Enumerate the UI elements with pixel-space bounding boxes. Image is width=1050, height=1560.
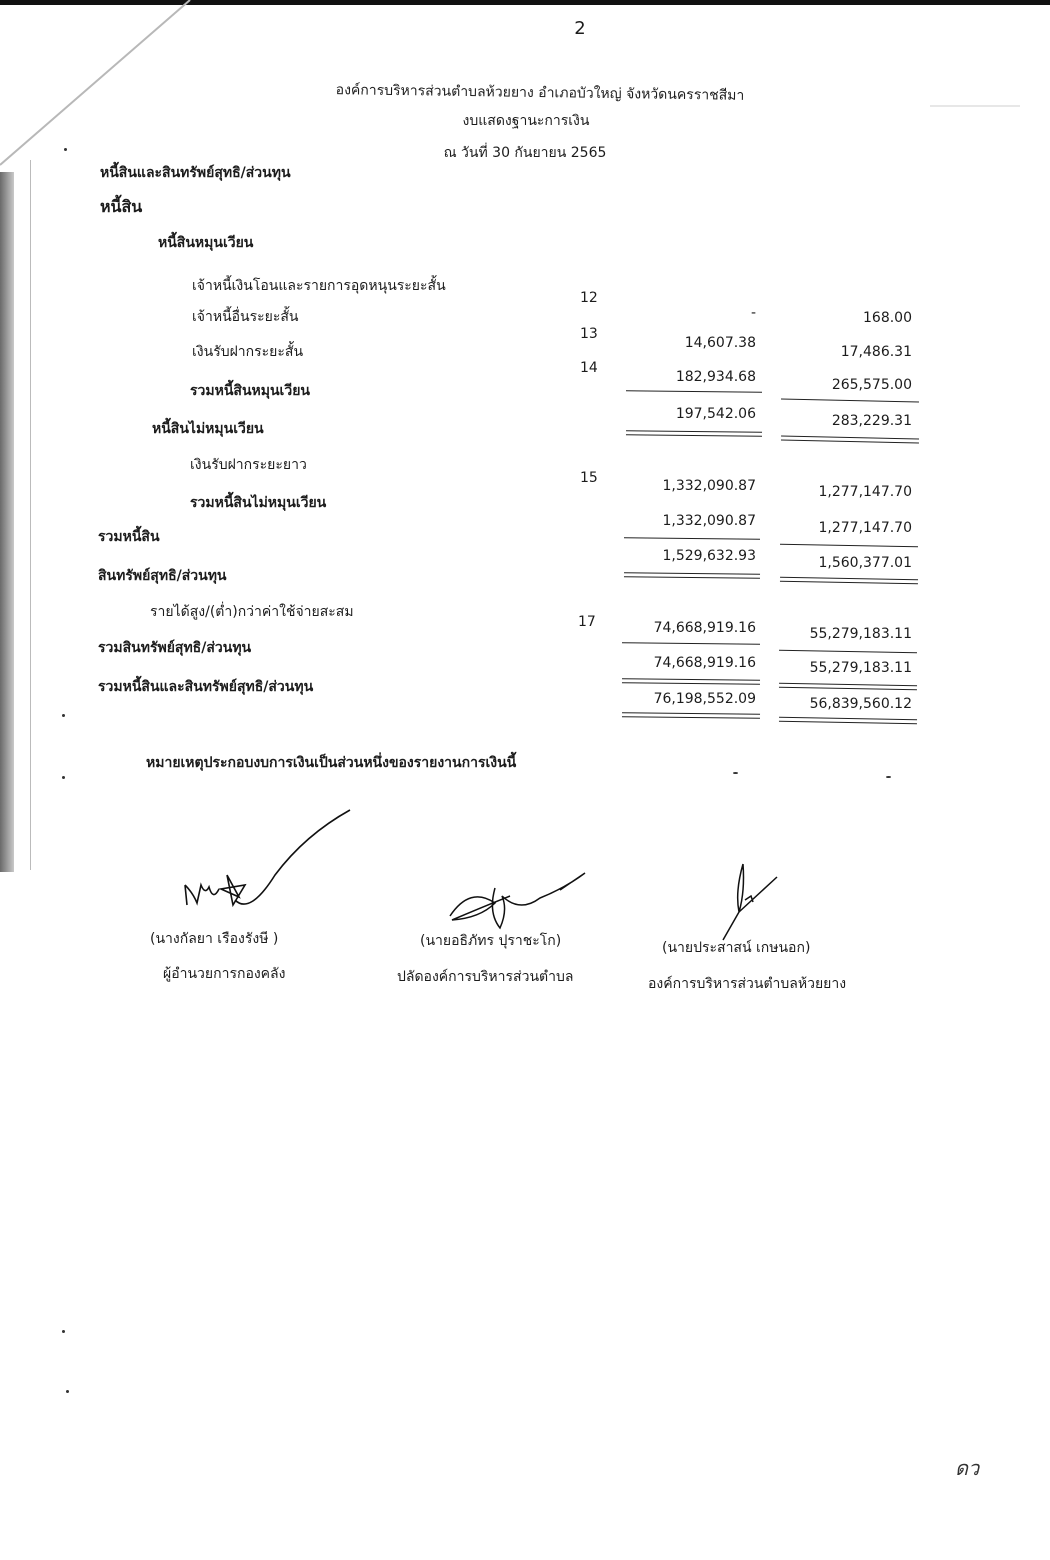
- subtotal-rule: [626, 390, 762, 392]
- handwritten-initials: ดว: [955, 1452, 979, 1484]
- grand-total-label: รวมหนี้สินและสินทรัพย์สุทธิ/ส่วนทุน: [98, 676, 313, 698]
- amount-prior-total: 283,229.31: [752, 413, 912, 429]
- signatory-name: (นางกัลยา เรืองรังษี ): [150, 928, 278, 950]
- total-double-rule: [780, 577, 918, 584]
- total-noncurrent-liabilities-label: รวมหนี้สินไม่หมุนเวียน: [190, 492, 326, 514]
- amount-current: 1,332,090.87: [596, 478, 756, 494]
- amount-prior-total: 1,277,147.70: [752, 520, 912, 536]
- amount-current: 14,607.38: [596, 335, 756, 351]
- amount-prior: 1,277,147.70: [752, 484, 912, 500]
- total-double-rule: [622, 678, 760, 684]
- net-assets-header: สินทรัพย์สุทธิ/ส่วนทุน: [98, 565, 227, 587]
- amount-current-total: 74,668,919.16: [596, 655, 756, 671]
- scan-left-shadow: [0, 172, 14, 872]
- amount-prior-total: 1,560,377.01: [752, 555, 912, 571]
- amount-prior-total: 55,279,183.11: [752, 660, 912, 676]
- current-liabilities-header: หนี้สินหมุนเวียน: [158, 232, 253, 254]
- amount-prior-grand-total: 56,839,560.12: [752, 696, 912, 712]
- scan-mark: [66, 1390, 69, 1393]
- total-double-rule: [624, 572, 760, 578]
- amount-current-total: 1,332,090.87: [596, 513, 756, 529]
- organization-line: องค์การบริหารส่วนตำบลห้วยยาง อำเภอบัวใหญ…: [336, 79, 745, 107]
- total-net-assets-label: รวมสินทรัพย์สุทธิ/ส่วนทุน: [98, 637, 251, 659]
- footnote: หมายเหตุประกอบงบการเงินเป็นส่วนหนึ่งของร…: [146, 752, 516, 774]
- section-header: หนี้สินและสินทรัพย์สุทธิ/ส่วนทุน: [100, 162, 291, 184]
- row-label: เจ้าหนี้เงินโอนและรายการอุดหนุนระยะสั้น: [192, 275, 446, 297]
- subtotal-rule: [780, 544, 918, 547]
- signature-kanlaya: [175, 805, 360, 915]
- total-double-rule: [779, 683, 917, 690]
- scan-mark: [64, 148, 67, 151]
- subtotal-rule: [622, 642, 760, 644]
- row-label: รายได้สูง/(ต่ำ)กว่าค่าใช้จ่ายสะสม: [150, 601, 354, 623]
- signature-prasat: [715, 862, 785, 942]
- total-current-liabilities-label: รวมหนี้สินหมุนเวียน: [190, 380, 310, 402]
- total-double-rule: [622, 712, 760, 718]
- total-liabilities-label: รวมหนี้สิน: [98, 526, 160, 548]
- subtotal-rule: [781, 399, 919, 403]
- scan-mark: [62, 1330, 65, 1333]
- amount-current-grand-total: 76,198,552.09: [596, 691, 756, 707]
- note-ref: 17: [578, 614, 596, 630]
- statement-date: ณ วันที่ 30 กันยายน 2565: [444, 142, 607, 164]
- noncurrent-liabilities-header: หนี้สินไม่หมุนเวียน: [152, 418, 264, 440]
- amount-current: -: [596, 305, 756, 321]
- signatory-name: (นายประสาสน์ เกษนอก): [662, 937, 810, 959]
- signatory-title: ปลัดองค์การบริหารส่วนตำบล: [397, 966, 573, 988]
- row-label: เงินรับฝากระยะสั้น: [192, 341, 303, 363]
- scan-mark: [62, 714, 65, 717]
- scan-mark: [62, 776, 65, 779]
- total-double-rule: [779, 717, 917, 724]
- scan-top-border: [0, 0, 1050, 5]
- amount-prior: 168.00: [752, 310, 912, 326]
- scan-left-margin-line: [30, 160, 31, 870]
- signatory-title: องค์การบริหารส่วนตำบลห้วยยาง: [648, 973, 846, 995]
- scan-mark: [886, 776, 891, 778]
- amount-current-total: 1,529,632.93: [596, 548, 756, 564]
- statement-title: งบแสดงฐานะการเงิน: [463, 110, 590, 132]
- row-label: เงินรับฝากระยะยาว: [190, 454, 307, 476]
- amount-prior: 17,486.31: [752, 344, 912, 360]
- subtotal-rule: [779, 650, 917, 653]
- amount-prior: 55,279,183.11: [752, 626, 912, 642]
- row-label: เจ้าหนี้อื่นระยะสั้น: [192, 306, 299, 328]
- signature-athiphat: [440, 868, 590, 938]
- scan-mark: [733, 772, 738, 774]
- amount-current: 182,934.68: [596, 369, 756, 385]
- amount-current: 74,668,919.16: [596, 620, 756, 636]
- note-ref: 12: [580, 290, 598, 306]
- amount-current-total: 197,542.06: [596, 406, 756, 422]
- total-double-rule: [626, 430, 762, 436]
- signatory-title: ผู้อำนวยการกองคลัง: [163, 963, 285, 985]
- subtotal-rule: [624, 537, 760, 539]
- signatory-name: (นายอธิภัทร ปุราชะโก): [420, 930, 561, 952]
- amount-prior: 265,575.00: [752, 377, 912, 393]
- total-double-rule: [781, 436, 919, 444]
- liabilities-header: หนี้สิน: [100, 195, 142, 220]
- page-number: 2: [574, 18, 585, 39]
